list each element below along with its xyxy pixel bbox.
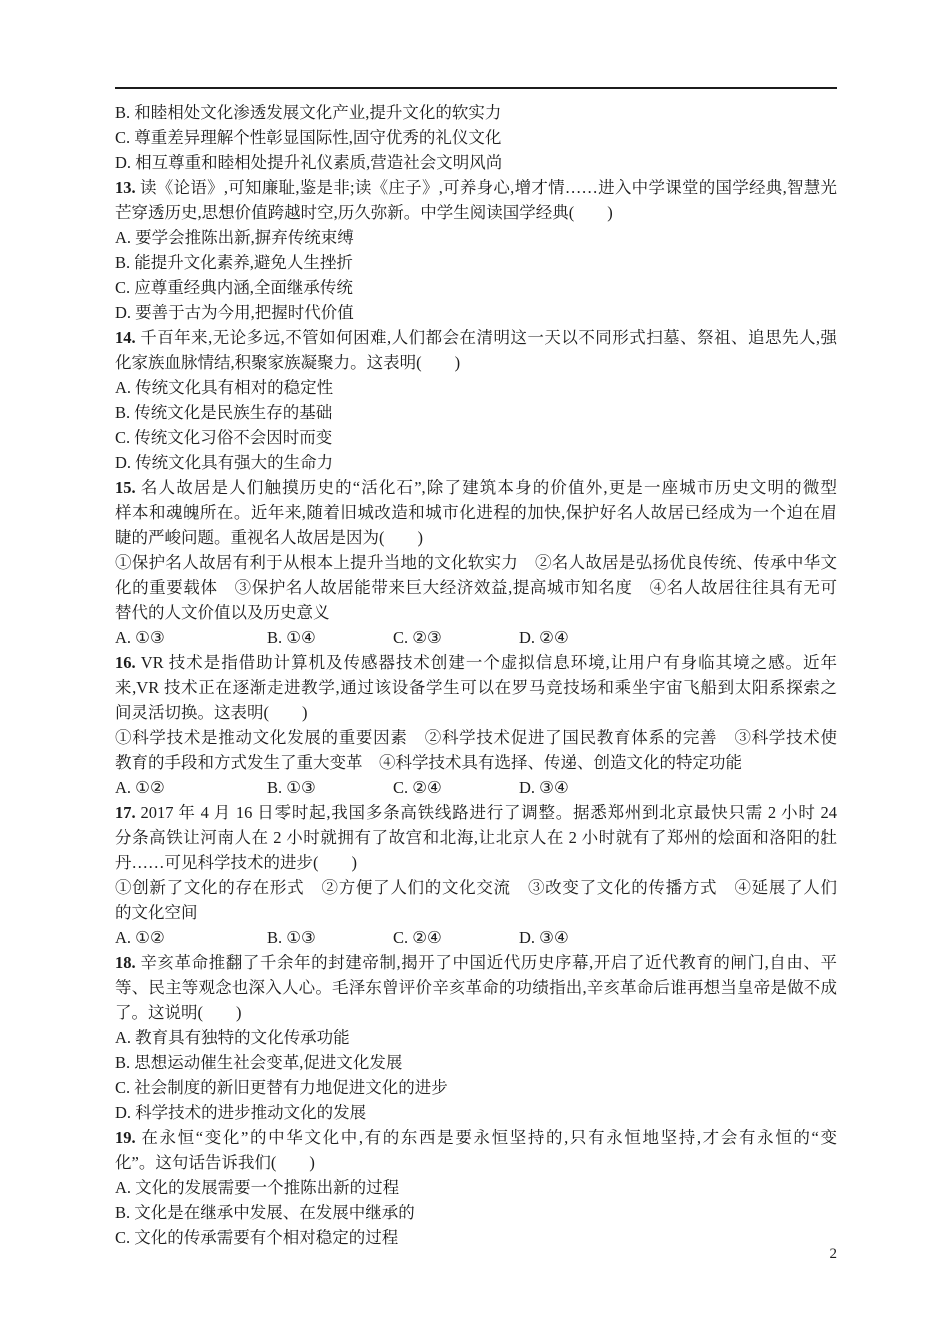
text-line: 了。这说明( ) [115, 1000, 837, 1025]
text-line: ①保护名人故居有利于从根本上提升当地的文化软实力 ②名人故居是弘扬优良传统、传承… [115, 550, 837, 575]
text-line: A. 要学会推陈出新,摒弃传统束缚 [115, 225, 837, 250]
text-line: 一条高铁让河南人在 2 小时就拥有了故宫和北海,让北京人在 2 小时就有了郑州的… [115, 825, 837, 850]
text-line: D. 要善于古为今用,把握时代价值 [115, 300, 837, 325]
option-choice: D. ②④ [519, 625, 569, 650]
text-line: 化的重要载体 ③保护名人故居能带来巨大经济效益,提高城市知名度 ④名人故居往往具… [115, 575, 837, 600]
text-line: 样本和魂魄所在。近年来,随着旧城改造和城市化进程的加快,保护好名人故居已经成为一… [115, 500, 837, 525]
answer-options-row: A. ①③B. ①④C. ②③D. ②④ [115, 625, 837, 650]
text-line: D. 相互尊重和睦相处提升礼仪素质,营造社会文明风尚 [115, 150, 837, 175]
question-stem-line: 13. 读《论语》,可知廉耻,鉴是非;读《庄子》,可养身心,增才情……进入中学课… [115, 175, 837, 200]
question-number: 17. [115, 803, 141, 822]
text-line: C. 应尊重经典内涵,全面继承传统 [115, 275, 837, 300]
option-choice: B. ①④ [267, 625, 393, 650]
question-number: 13. [115, 178, 140, 197]
text-line: ①创新了文化的存在形式 ②方便了人们的文化交流 ③改变了文化的传播方式 ④延展了… [115, 875, 837, 900]
document-page: B. 和睦相处文化渗透发展文化产业,提升文化的软实力C. 尊重差异理解个性彰显国… [0, 0, 950, 1344]
text-line: A. 文化的发展需要一个推陈出新的过程 [115, 1175, 837, 1200]
text-line: 芒穿透历史,思想价值跨越时空,历久弥新。中学生阅读国学经典( ) [115, 200, 837, 225]
option-choice: D. ③④ [519, 925, 569, 950]
text-line: A. 传统文化具有相对的稳定性 [115, 375, 837, 400]
text-line: B. 传统文化是民族生存的基础 [115, 400, 837, 425]
text-line: 替代的人文价值以及历史意义 [115, 600, 837, 625]
answer-options-row: A. ①②B. ①③C. ②④D. ③④ [115, 925, 837, 950]
text-line: C. 尊重差异理解个性彰显国际性,固守优秀的礼仪文化 [115, 125, 837, 150]
text-line: 来,VR 技术正在逐渐走进教学,通过该设备学生可以在罗马竞技场和乘坐宇宙飞船到太… [115, 675, 837, 700]
text-line: B. 思想运动催生社会变革,促进文化发展 [115, 1050, 837, 1075]
text-line: B. 和睦相处文化渗透发展文化产业,提升文化的软实力 [115, 100, 837, 125]
question-number: 15. [115, 478, 141, 497]
text-line: 化”。这句话告诉我们( ) [115, 1150, 837, 1175]
text-line: D. 传统文化具有强大的生命力 [115, 450, 837, 475]
text-line: B. 文化是在继承中发展、在发展中继承的 [115, 1200, 837, 1225]
question-stem-line: 15. 名人故居是人们触摸历史的“活化石”,除了建筑本身的价值外,更是一座城市历… [115, 475, 837, 500]
question-list: B. 和睦相处文化渗透发展文化产业,提升文化的软实力C. 尊重差异理解个性彰显国… [115, 100, 837, 1250]
option-choice: D. ③④ [519, 775, 569, 800]
question-stem-line: 16. VR 技术是指借助计算机及传感器技术创建一个虚拟信息环境,让用户有身临其… [115, 650, 837, 675]
answer-options-row: A. ①②B. ①③C. ②④D. ③④ [115, 775, 837, 800]
question-number: 14. [115, 328, 140, 347]
question-number: 19. [115, 1128, 141, 1147]
text-line: 化家族血脉情结,积聚家族凝聚力。这表明( ) [115, 350, 837, 375]
text-line: B. 能提升文化素养,避免人生挫折 [115, 250, 837, 275]
text-line: ①科学技术是推动文化发展的重要因素 ②科学技术促进了国民教育体系的完善 ③科学技… [115, 725, 837, 750]
question-number: 16. [115, 653, 141, 672]
question-stem-line: 17. 2017 年 4 月 16 日零时起,我国多条高铁线路进行了调整。据悉郑… [115, 800, 837, 825]
header-rule [115, 87, 837, 89]
question-stem-line: 14. 千百年来,无论多远,不管如何困难,人们都会在清明这一天以不同形式扫墓、祭… [115, 325, 837, 350]
question-stem-line: 18. 辛亥革命推翻了千余年的封建帝制,揭开了中国近代历史序幕,开启了近代教育的… [115, 950, 837, 975]
text-line: A. 教育具有独特的文化传承功能 [115, 1025, 837, 1050]
option-choice: A. ①② [115, 775, 267, 800]
text-line: 的文化空间 [115, 900, 837, 925]
option-choice: C. ②④ [393, 925, 519, 950]
option-choice: C. ②③ [393, 625, 519, 650]
text-line: 教育的手段和方式发生了重大变革 ④科学技术具有选择、传递、创造文化的特定功能 [115, 750, 837, 775]
text-line: 丹……可见科学技术的进步( ) [115, 850, 837, 875]
option-choice: C. ②④ [393, 775, 519, 800]
text-line: 睫的严峻问题。重视名人故居是因为( ) [115, 525, 837, 550]
text-line: C. 社会制度的新旧更替有力地促进文化的进步 [115, 1075, 837, 1100]
page-number: 2 [115, 1246, 837, 1263]
option-choice: B. ①③ [267, 925, 393, 950]
text-line: D. 科学技术的进步推动文化的发展 [115, 1100, 837, 1125]
text-line: 等、民主等观念也深入人心。毛泽东曾评价辛亥革命的功绩指出,辛亥革命后谁再想当皇帝… [115, 975, 837, 1000]
option-choice: B. ①③ [267, 775, 393, 800]
option-choice: A. ①③ [115, 625, 267, 650]
question-number: 18. [115, 953, 140, 972]
question-stem-line: 19. 在永恒“变化”的中华文化中,有的东西是要永恒坚持的,只有永恒地坚持,才会… [115, 1125, 837, 1150]
option-choice: A. ①② [115, 925, 267, 950]
text-line: C. 传统文化习俗不会因时而变 [115, 425, 837, 450]
text-line: 间灵活切换。这表明( ) [115, 700, 837, 725]
